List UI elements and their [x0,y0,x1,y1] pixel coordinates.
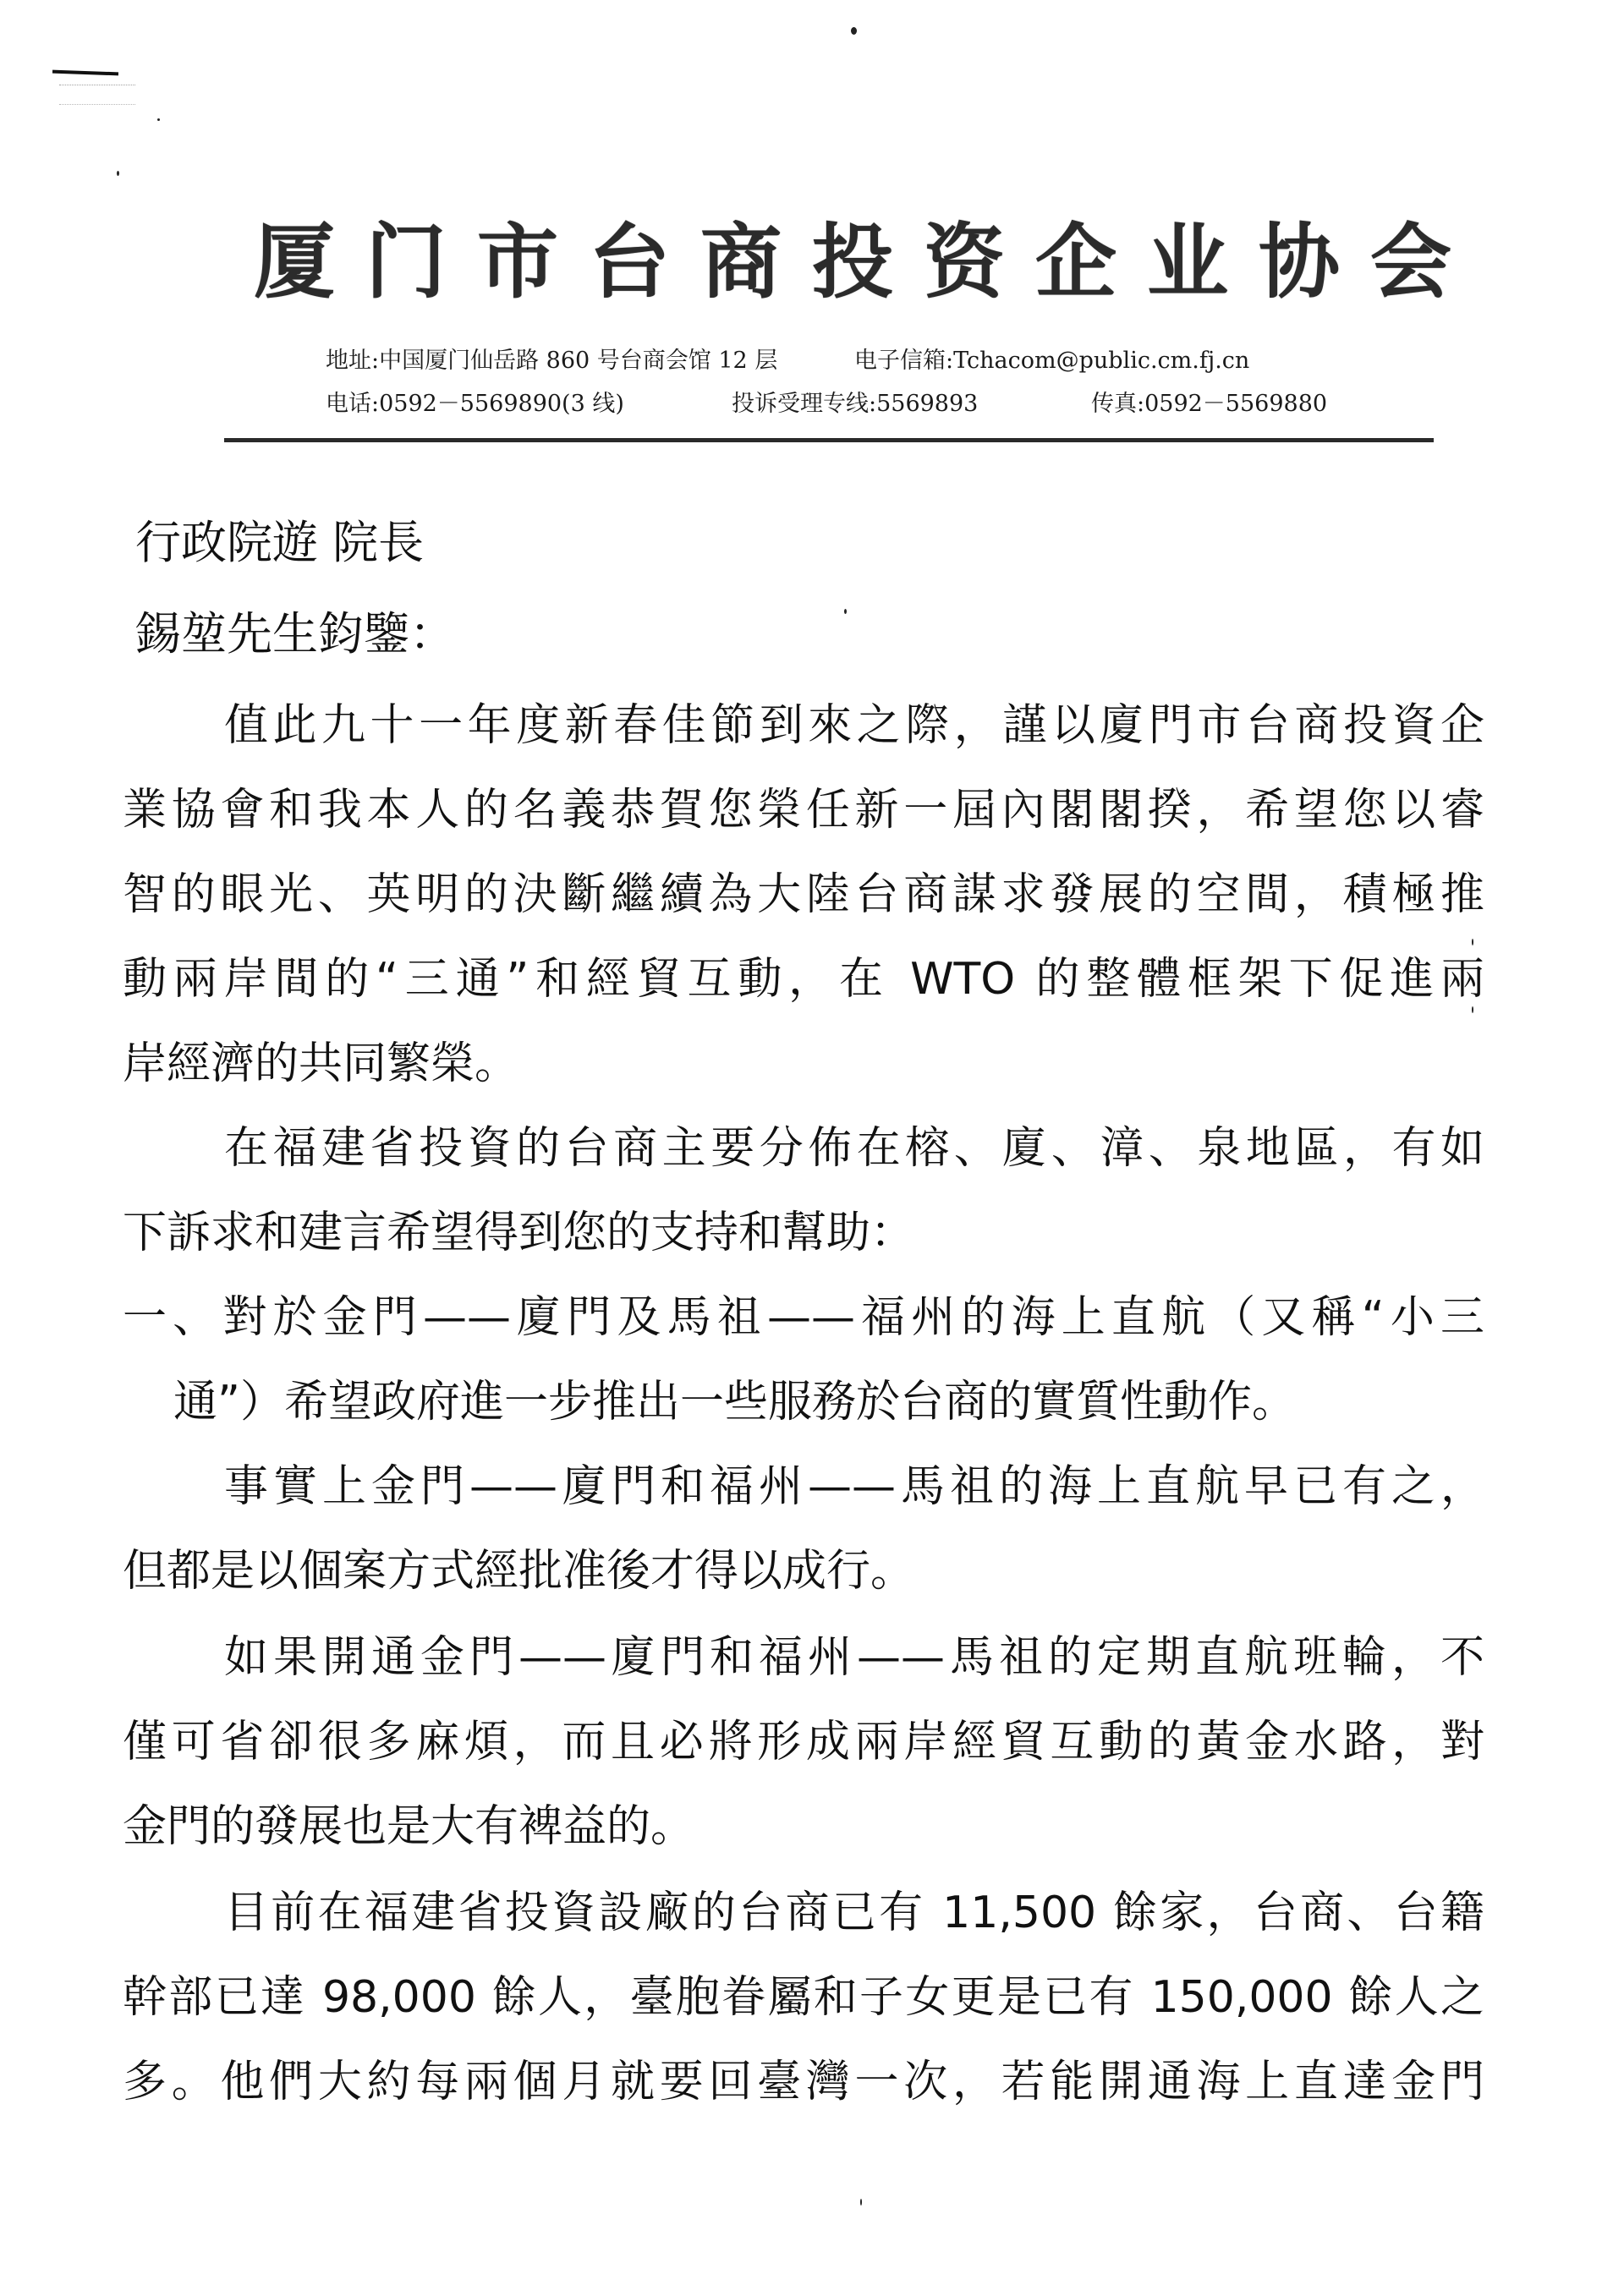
scan-artifact-smudge [59,85,135,105]
body-line: 岸經濟的共同繁榮。 [123,1037,1484,1091]
address-text: 地址:中国厦门仙岳路 860 号台商会馆 12 层 [326,347,777,375]
list-item-1-line: 通”）希望政府進一步推出一些服務於台商的實質性動作。 [173,1375,1484,1429]
organization-name: 厦门市台商投资企业协会 [254,216,1438,309]
body-line: 智的眼光、英明的決斷繼續為大陸台商謀求發展的空間，積極推 [123,868,1484,922]
letterhead-divider [224,438,1434,442]
body-line: 事實上金門——廈門和福州——馬祖的海上直航早已有之， [224,1460,1484,1514]
body-line: 如果開通金門——廈門和福州——馬祖的定期直航班輪，不 [224,1630,1484,1685]
body-line: 但都是以個案方式經批准後才得以成行。 [123,1544,1484,1598]
body-line: 動兩岸間的“三通”和經貿互動，在 WTO 的整體框架下促進兩 [123,952,1484,1006]
recipient-greeting: 錫堃先生鈞鑒： [135,607,455,661]
scan-speck [844,609,847,614]
list-item-1-line: 一、對於金門——廈門及馬祖——福州的海上直航（又稱“小三 [123,1290,1484,1345]
complaint-line-text: 投诉受理专线:5569893 [732,390,978,419]
email-text: 电子信箱:Tchacom@public.cm.fj.cn [854,347,1249,375]
scan-artifact-mark [52,70,118,76]
body-line: 僅可省卻很多麻煩，而且必將形成兩岸經貿互動的黃金水路，對 [123,1715,1484,1769]
phone-text: 电话:0592－5569890(3 线) [326,390,624,419]
body-line: 目前在福建省投資設廠的台商已有 11,500 餘家，台商、台籍 [224,1886,1484,1940]
body-line: 下訴求和建言希望得到您的支持和幫助： [123,1206,1484,1260]
scanned-letter-page: 厦门市台商投资企业协会 地址:中国厦门仙岳路 860 号台商会馆 12 层 电子… [0,0,1624,2296]
scan-speck [851,27,857,35]
body-line: 金門的發展也是大有裨益的。 [123,1800,1484,1854]
recipient-title: 行政院遊 院長 [135,516,424,570]
body-line: 業協會和我本人的名義恭賀您榮任新一屆內閣閣揆，希望您以睿 [123,783,1484,837]
body-line: 在福建省投資的台商主要分佈在榕、廈、漳、泉地區，有如 [224,1121,1484,1175]
body-line: 幹部已達 98,000 餘人，臺胞眷屬和子女更是已有 150,000 餘人之 [123,1970,1484,2025]
scan-speck [157,118,160,121]
scan-speck [860,2199,862,2206]
scan-speck [1472,1006,1473,1013]
fax-text: 传真:0592－5569880 [1091,390,1327,419]
body-line: 多。他們大約每兩個月就要回臺灣一次，若能開通海上直達金門 [123,2055,1484,2109]
scan-speck [117,171,119,176]
scan-speck [1472,939,1473,945]
body-line: 值此九十一年度新春佳節到來之際，謹以廈門市台商投資企 [224,699,1484,753]
